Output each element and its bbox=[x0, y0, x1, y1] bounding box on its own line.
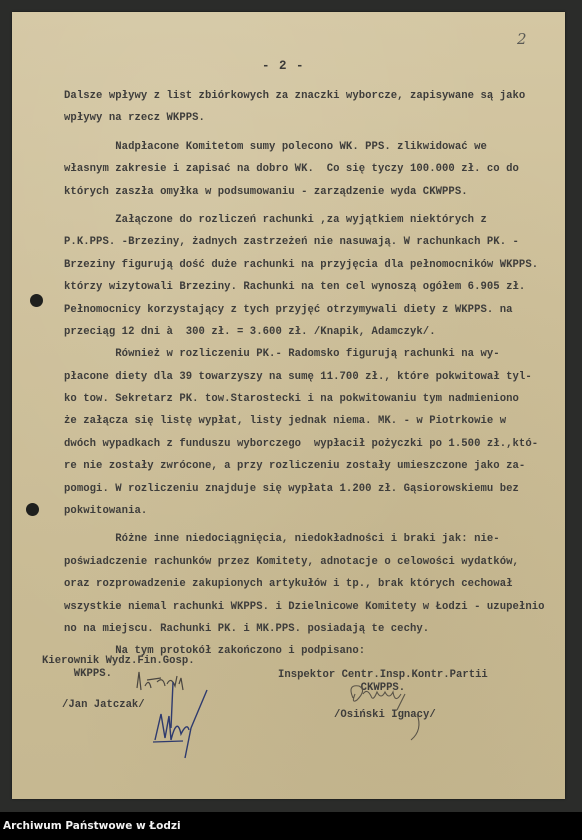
handwritten-signature-jatczak bbox=[125, 668, 245, 768]
text-line: którzy wizytowali Brzeziny. Rachunki na … bbox=[64, 276, 534, 298]
text-line: no na miejscu. Rachunki PK. i MK.PPS. po… bbox=[64, 618, 534, 640]
text-line: własnym zakresie i zapisać na dobro WK. … bbox=[64, 158, 534, 180]
punch-hole bbox=[26, 503, 39, 516]
punch-hole bbox=[30, 294, 43, 307]
typewritten-body: Dalsze wpływy z list zbiórkowych za znac… bbox=[64, 85, 534, 663]
text-line: że załącza się listę wypłat, listy jedna… bbox=[64, 410, 534, 432]
text-line: ko tow. Sekretarz PK. tow.Starostecki i … bbox=[64, 388, 534, 410]
text-line: Różne inne niedociągnięcia, niedokładnoś… bbox=[64, 528, 534, 550]
text-line: Załączone do rozliczeń rachunki ,za wyją… bbox=[64, 209, 534, 231]
text-line: oraz rozprowadzenie zakupionych artykułó… bbox=[64, 573, 534, 595]
handwritten-signature-osinski bbox=[345, 680, 435, 750]
text-line: Pełnomocnicy korzystający z tych przyjęć… bbox=[64, 299, 534, 321]
text-line: Brzeziny figurują dość duże rachunki na … bbox=[64, 254, 534, 276]
text-line: poświadczenie rachunków przez Komitety, … bbox=[64, 551, 534, 573]
text-line: płacone diety dla 39 towarzyszy na sumę … bbox=[64, 366, 534, 388]
text-line: wpływy na rzecz WKPPS. bbox=[64, 107, 534, 129]
text-line: P.K.PPS. -Brzeziny, żadnych zastrzeżeń n… bbox=[64, 231, 534, 253]
text-line: przeciąg 12 dni à 300 zł. = 3.600 zł. /K… bbox=[64, 321, 534, 343]
text-line: dwóch wypadkach z funduszu wyborczego wy… bbox=[64, 433, 534, 455]
text-line: których zaszła omyłka w podsumowaniu - z… bbox=[64, 181, 534, 203]
handwritten-folio-number: 2 bbox=[517, 30, 527, 48]
text-line: wszystkie niemal rachunki WKPPS. i Dziel… bbox=[64, 596, 534, 618]
text-line: Również w rozliczeniu PK.- Radomsko figu… bbox=[64, 343, 534, 365]
page-number: - 2 - bbox=[262, 59, 305, 73]
text-line: pomogi. W rozliczeniu znajduje się wypła… bbox=[64, 478, 534, 500]
text-line: Dalsze wpływy z list zbiórkowych za znac… bbox=[64, 85, 534, 107]
text-line: Nadpłacone Komitetom sumy polecono WK. P… bbox=[64, 136, 534, 158]
text-line: re nie zostały zwrócone, a przy rozlicze… bbox=[64, 455, 534, 477]
archive-caption: Archiwum Państwowe w Łodzi bbox=[3, 820, 181, 832]
text-line: pokwitowania. bbox=[64, 500, 534, 522]
